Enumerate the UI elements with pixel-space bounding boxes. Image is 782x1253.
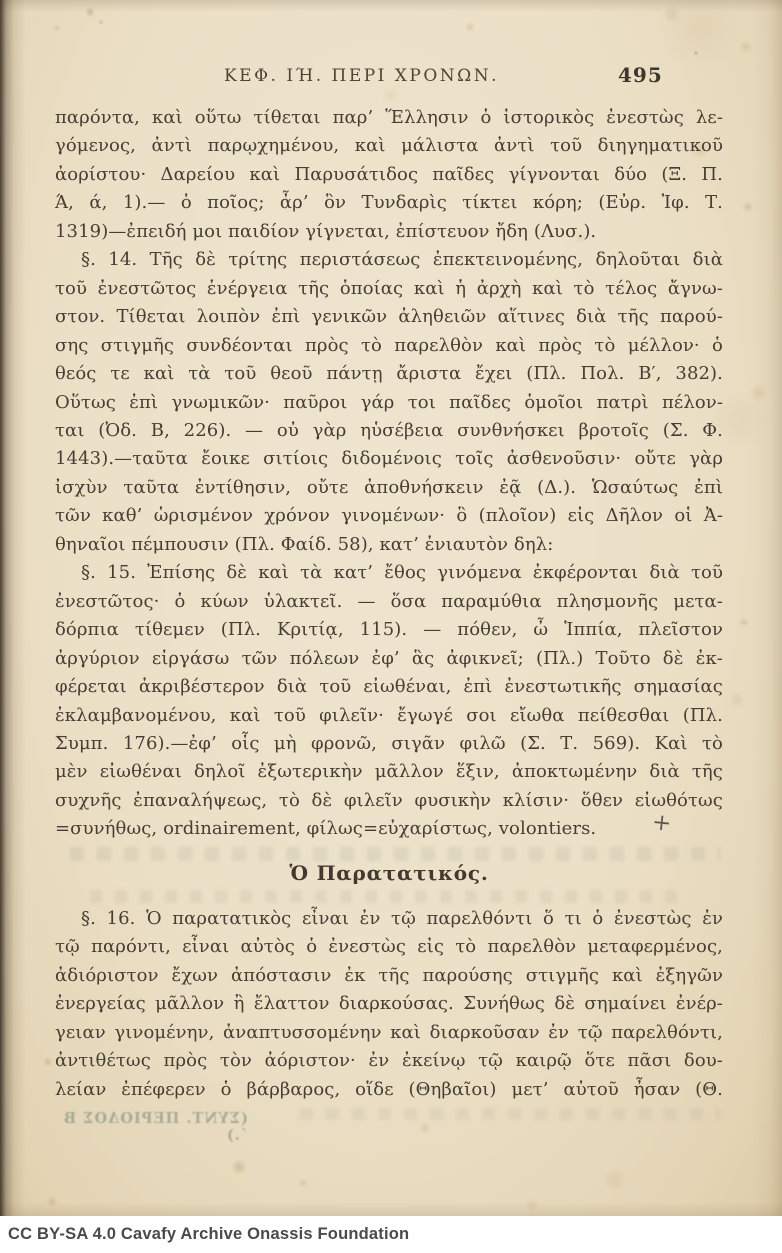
text-line: συχνῆς ἐπαναλήψεως, τὸ δὲ φιλεῖν φυσικὴν… bbox=[55, 787, 723, 815]
text-line: Συμπ. 176).—ἐφ’ οἷς μὴ φρονῶ, σιγᾶν φιλῶ… bbox=[55, 730, 723, 758]
text-line: ἐκλαμβανομένου, καὶ τοῦ φιλεῖν· ἔγωγέ σο… bbox=[55, 702, 723, 730]
text-line: φέρεται ἀκριβέστερον διὰ τοῦ εἰωθέναι, ἐ… bbox=[55, 673, 723, 701]
text-line: ἀορίστου· Δαρείου καὶ Παρυσάτιδος παῖδες… bbox=[55, 161, 723, 189]
text-line: ἐνεργείας μᾶλλον ἢ ἔλαττον διαρκούσας. Σ… bbox=[55, 990, 723, 1018]
paper-background: ΚΕΦ. ΙΉ. ΠΕΡΙ ΧΡΟΝΩΝ. 495 παρόντα, καὶ ο… bbox=[0, 0, 782, 1216]
text-line: τοῦ ἐνεστῶτος ἐνέργεια τῆς ὁποίας καὶ ἡ … bbox=[55, 275, 723, 303]
text-line: =συνήθως, ordinairement, φίλως=εὐχαρίστω… bbox=[55, 815, 723, 843]
text-line: σης στιγμῆς συνδέονται πρὸς τὸ παρελθὸν … bbox=[55, 332, 723, 360]
text-line: γόμενος, ἀντὶ παρῳχημένου, καὶ μάλιστα ἀ… bbox=[55, 132, 723, 160]
verso-showthrough-smudge bbox=[300, 1108, 720, 1120]
book-page-scan: ΚΕΦ. ΙΉ. ΠΕΡΙ ΧΡΟΝΩΝ. 495 παρόντα, καὶ ο… bbox=[0, 0, 782, 1253]
pencil-plus-mark: + bbox=[651, 809, 673, 837]
license-bar: CC BY-SA 4.0 Cavafy Archive Onassis Foun… bbox=[0, 1216, 782, 1253]
text-line: ἀργύριον εἰργάσω τῶν πόλεων ἐφ’ ἃς ἀφικν… bbox=[55, 645, 723, 673]
text-block: παρόντα, καὶ οὕτω τίθεται παρ’ Ἕλλησιν ὁ… bbox=[55, 104, 723, 1104]
text-line: στον. Τίθεται λοιπὸν ἐπὶ γενικῶν ἀληθειῶ… bbox=[55, 303, 723, 331]
section-16-start-line: §. 16. Ὁ παρατατικὸς εἶναι ἐν τῷ παρελθό… bbox=[55, 905, 723, 933]
text-line: μὲν εἰωθέναι δηλοῖ ἐξωτερικὴν μᾶλλον ἕξι… bbox=[55, 758, 723, 786]
text-line: 1443).—ταῦτα ἔοικε σιτίοις διδομένοις το… bbox=[55, 445, 723, 473]
section-14-start-line: §. 14. Τῆς δὲ τρίτης περιστάσεως ἐπεκτει… bbox=[55, 246, 723, 274]
section-heading: Ὁ Παρατατικός. bbox=[55, 860, 723, 887]
text-line: γειαν γινομένην, ἀναπτυσσομένην καὶ διαρ… bbox=[55, 1019, 723, 1047]
text-line: δόρπια τίθεμεν (Πλ. Κριτίᾳ, 115). — πόθε… bbox=[55, 616, 723, 644]
text-line: θεός τε καὶ τὰ τοῦ θεοῦ πάντῃ ἄριστα ἔχε… bbox=[55, 360, 723, 388]
text-line: ται (Ὀδ. Β, 226). — οὐ γὰρ ηὑσέβεια συνθ… bbox=[55, 417, 723, 445]
text-line: λείαν ἐπέφερεν ὁ βάρβαρος, οἵδε (Θηβαῖοι… bbox=[55, 1076, 723, 1104]
text-line: τῷ παρόντι, εἶναι αὐτὸς ὁ ἐνεστὼς εἰς τὸ… bbox=[55, 933, 723, 961]
text-line: ἀδιόριστον ἔχων ἀπόστασιν ἐκ τῆς παρούση… bbox=[55, 962, 723, 990]
text-line: Ά, ά, 1).— ὁ ποῖος; ἆρ’ ὃν Τυνδαρὶς τίκτ… bbox=[55, 189, 723, 217]
text-line: ἐνεστῶτος· ὁ κύων ὑλακτεῖ. — ὅσα παραμύθ… bbox=[55, 588, 723, 616]
text-line: θηναῖοι πέμπουσιν (Πλ. Φαίδ. 58), κατ’ ἐ… bbox=[55, 531, 723, 559]
running-header: ΚΕΦ. ΙΉ. ΠΕΡΙ ΧΡΟΝΩΝ. bbox=[0, 66, 723, 86]
text-line: παρόντα, καὶ οὕτω τίθεται παρ’ Ἕλλησιν ὁ… bbox=[55, 104, 723, 132]
text-line: ἀντιθέτως πρὸς τὸν ἀόριστον· ἐν ἐκείνῳ τ… bbox=[55, 1047, 723, 1075]
text-line: 1319)—ἐπειδή μοι παιδίον γίγνεται, ἐπίστ… bbox=[55, 218, 723, 246]
text-line: τῶν καθ’ ὡρισμένον χρόνον γινομένων· ὃ (… bbox=[55, 502, 723, 530]
license-text: CC BY-SA 4.0 Cavafy Archive Onassis Foun… bbox=[0, 1216, 409, 1253]
text-line: ἰσχὺν ταῦτα ἐντίθησιν, οὔτε ἀποθνήσκειν … bbox=[55, 474, 723, 502]
text-line: Οὕτως ἐπὶ γνωμικῶν· παῦροι γάρ τοι παῖδε… bbox=[55, 389, 723, 417]
verso-showthrough-signature: (ΣΥΝΤ. ΠΕΡΙΟΔΟΣ Β´.) bbox=[58, 1110, 248, 1144]
section-15-start-line: §. 15. Ἐπίσης δὲ καὶ τὰ κατ’ ἔθος γινόμε… bbox=[55, 559, 723, 587]
page-number: 495 bbox=[618, 63, 663, 87]
